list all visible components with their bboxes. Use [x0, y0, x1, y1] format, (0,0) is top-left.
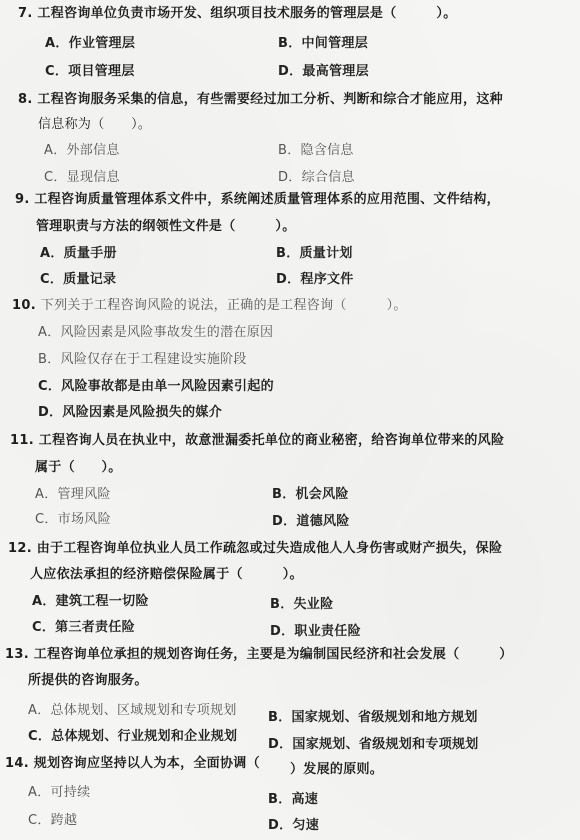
question-number: 8.: [18, 92, 33, 107]
option-c: C．风险事故都是由单一风险因素引起的: [38, 379, 274, 395]
question-number: 14.: [5, 756, 29, 771]
option-a: A．管理风险: [35, 487, 111, 503]
option-c: C．项目管理层: [45, 64, 135, 80]
question-stem: 工程咨询单位承担的规划咨询任务，主要是为编制国民经济和社会发展（ ）: [34, 647, 513, 662]
option-b: B．机会风险: [272, 487, 349, 503]
question-stem-cont: ）发展的原则。: [290, 762, 383, 778]
question-number: 10.: [12, 298, 36, 313]
question-stem: 工程咨询单位负责市场开发、组织项目技术服务的管理层是（ ）。: [37, 6, 456, 21]
question-number: 11.: [10, 433, 34, 448]
question-9: 9. 工程咨询质量管理体系文件中，系统阐述质量管理体系的应用范围、文件结构，: [15, 192, 500, 208]
question-13: 13. 工程咨询单位承担的规划咨询任务，主要是为编制国民经济和社会发展（ ）: [5, 647, 513, 663]
option-c: C．总体规划、行业规划和企业规划: [28, 729, 237, 745]
option-b: B．隐含信息: [278, 143, 354, 159]
option-a: A．风险因素是风险事故发生的潜在原因: [38, 325, 273, 341]
option-d: D．匀速: [268, 818, 319, 834]
question-stem-cont: 信息称为（ ）。: [38, 117, 151, 133]
question-number: 7.: [18, 6, 33, 21]
option-d: D．风险因素是风险损失的媒介: [38, 405, 222, 421]
question-stem: 工程咨询服务采集的信息，有些需要经过加工分析、判断和综合才能应用，这种: [37, 92, 503, 107]
option-c: C．第三者责任险: [32, 620, 135, 636]
option-b: B．风险仅存在于工程建设实施阶段: [38, 352, 247, 368]
question-stem: 工程咨询人员在执业中，故意泄漏委托单位的商业秘密，给咨询单位带来的风险: [39, 433, 505, 448]
option-d: D．最高管理层: [278, 64, 369, 80]
option-a: A．建筑工程一切险: [32, 594, 149, 610]
question-stem: 工程咨询质量管理体系文件中，系统阐述质量管理体系的应用范围、文件结构，: [34, 192, 500, 207]
option-d: D．职业责任险: [270, 624, 361, 640]
question-stem: 下列关于工程咨询风险的说法，正确的是工程咨询（ ）。: [41, 298, 407, 313]
question-7: 7. 工程咨询单位负责市场开发、组织项目技术服务的管理层是（ ）。: [18, 6, 457, 22]
option-a: A．作业管理层: [45, 36, 135, 52]
option-b: B．中间管理层: [278, 36, 368, 52]
option-c: C．跨越: [28, 813, 77, 829]
question-stem-cont: 所提供的咨询服务。: [28, 673, 148, 689]
option-a: A．外部信息: [44, 143, 120, 159]
question-stem-cont: 管理职责与方法的纲领性文件是（ ）。: [36, 219, 296, 235]
question-stem-cont: 人应依法承担的经济赔偿保险属于（ ）。: [30, 567, 303, 583]
question-stem-cont: 属于（ ）。: [35, 460, 122, 476]
question-11: 11. 工程咨询人员在执业中，故意泄漏委托单位的商业秘密，给咨询单位带来的风险: [10, 433, 504, 449]
question-8: 8. 工程咨询服务采集的信息，有些需要经过加工分析、判断和综合才能应用，这种: [18, 92, 503, 108]
option-d: D．程序文件: [276, 272, 354, 288]
question-stem: 规划咨询应坚持以人为本，全面协调（: [34, 756, 260, 771]
option-c: C．显现信息: [44, 170, 120, 186]
option-d: D．综合信息: [278, 170, 355, 186]
question-10: 10. 下列关于工程咨询风险的说法，正确的是工程咨询（ ）。: [12, 298, 407, 314]
option-b: B．国家规划、省级规划和地方规划: [268, 710, 478, 726]
question-stem: 由于工程咨询单位执业人员工作疏忽或过失造成他人人身伤害或财产损失，保险: [37, 541, 503, 556]
question-number: 9.: [15, 192, 30, 207]
option-d: D．国家规划、省级规划和专项规划: [268, 737, 479, 753]
question-12: 12. 由于工程咨询单位执业人员工作疏忽或过失造成他人人身伤害或财产损失，保险: [8, 541, 502, 557]
option-c: C．市场风险: [35, 512, 111, 528]
option-a: A．总体规划、区域规划和专项规划: [28, 703, 237, 719]
question-number: 13.: [5, 647, 29, 662]
option-b: B．质量计划: [276, 246, 353, 262]
option-a: A．质量手册: [40, 246, 117, 262]
option-b: B．高速: [268, 792, 318, 808]
option-a: A．可持续: [28, 785, 90, 801]
question-number: 12.: [8, 541, 32, 556]
exam-page: 7. 工程咨询单位负责市场开发、组织项目技术服务的管理层是（ ）。 A．作业管理…: [0, 0, 580, 840]
option-d: D．道德风险: [272, 514, 350, 530]
option-b: B．失业险: [270, 597, 333, 613]
option-c: C．质量记录: [40, 272, 116, 288]
question-14: 14. 规划咨询应坚持以人为本，全面协调（: [5, 756, 260, 772]
